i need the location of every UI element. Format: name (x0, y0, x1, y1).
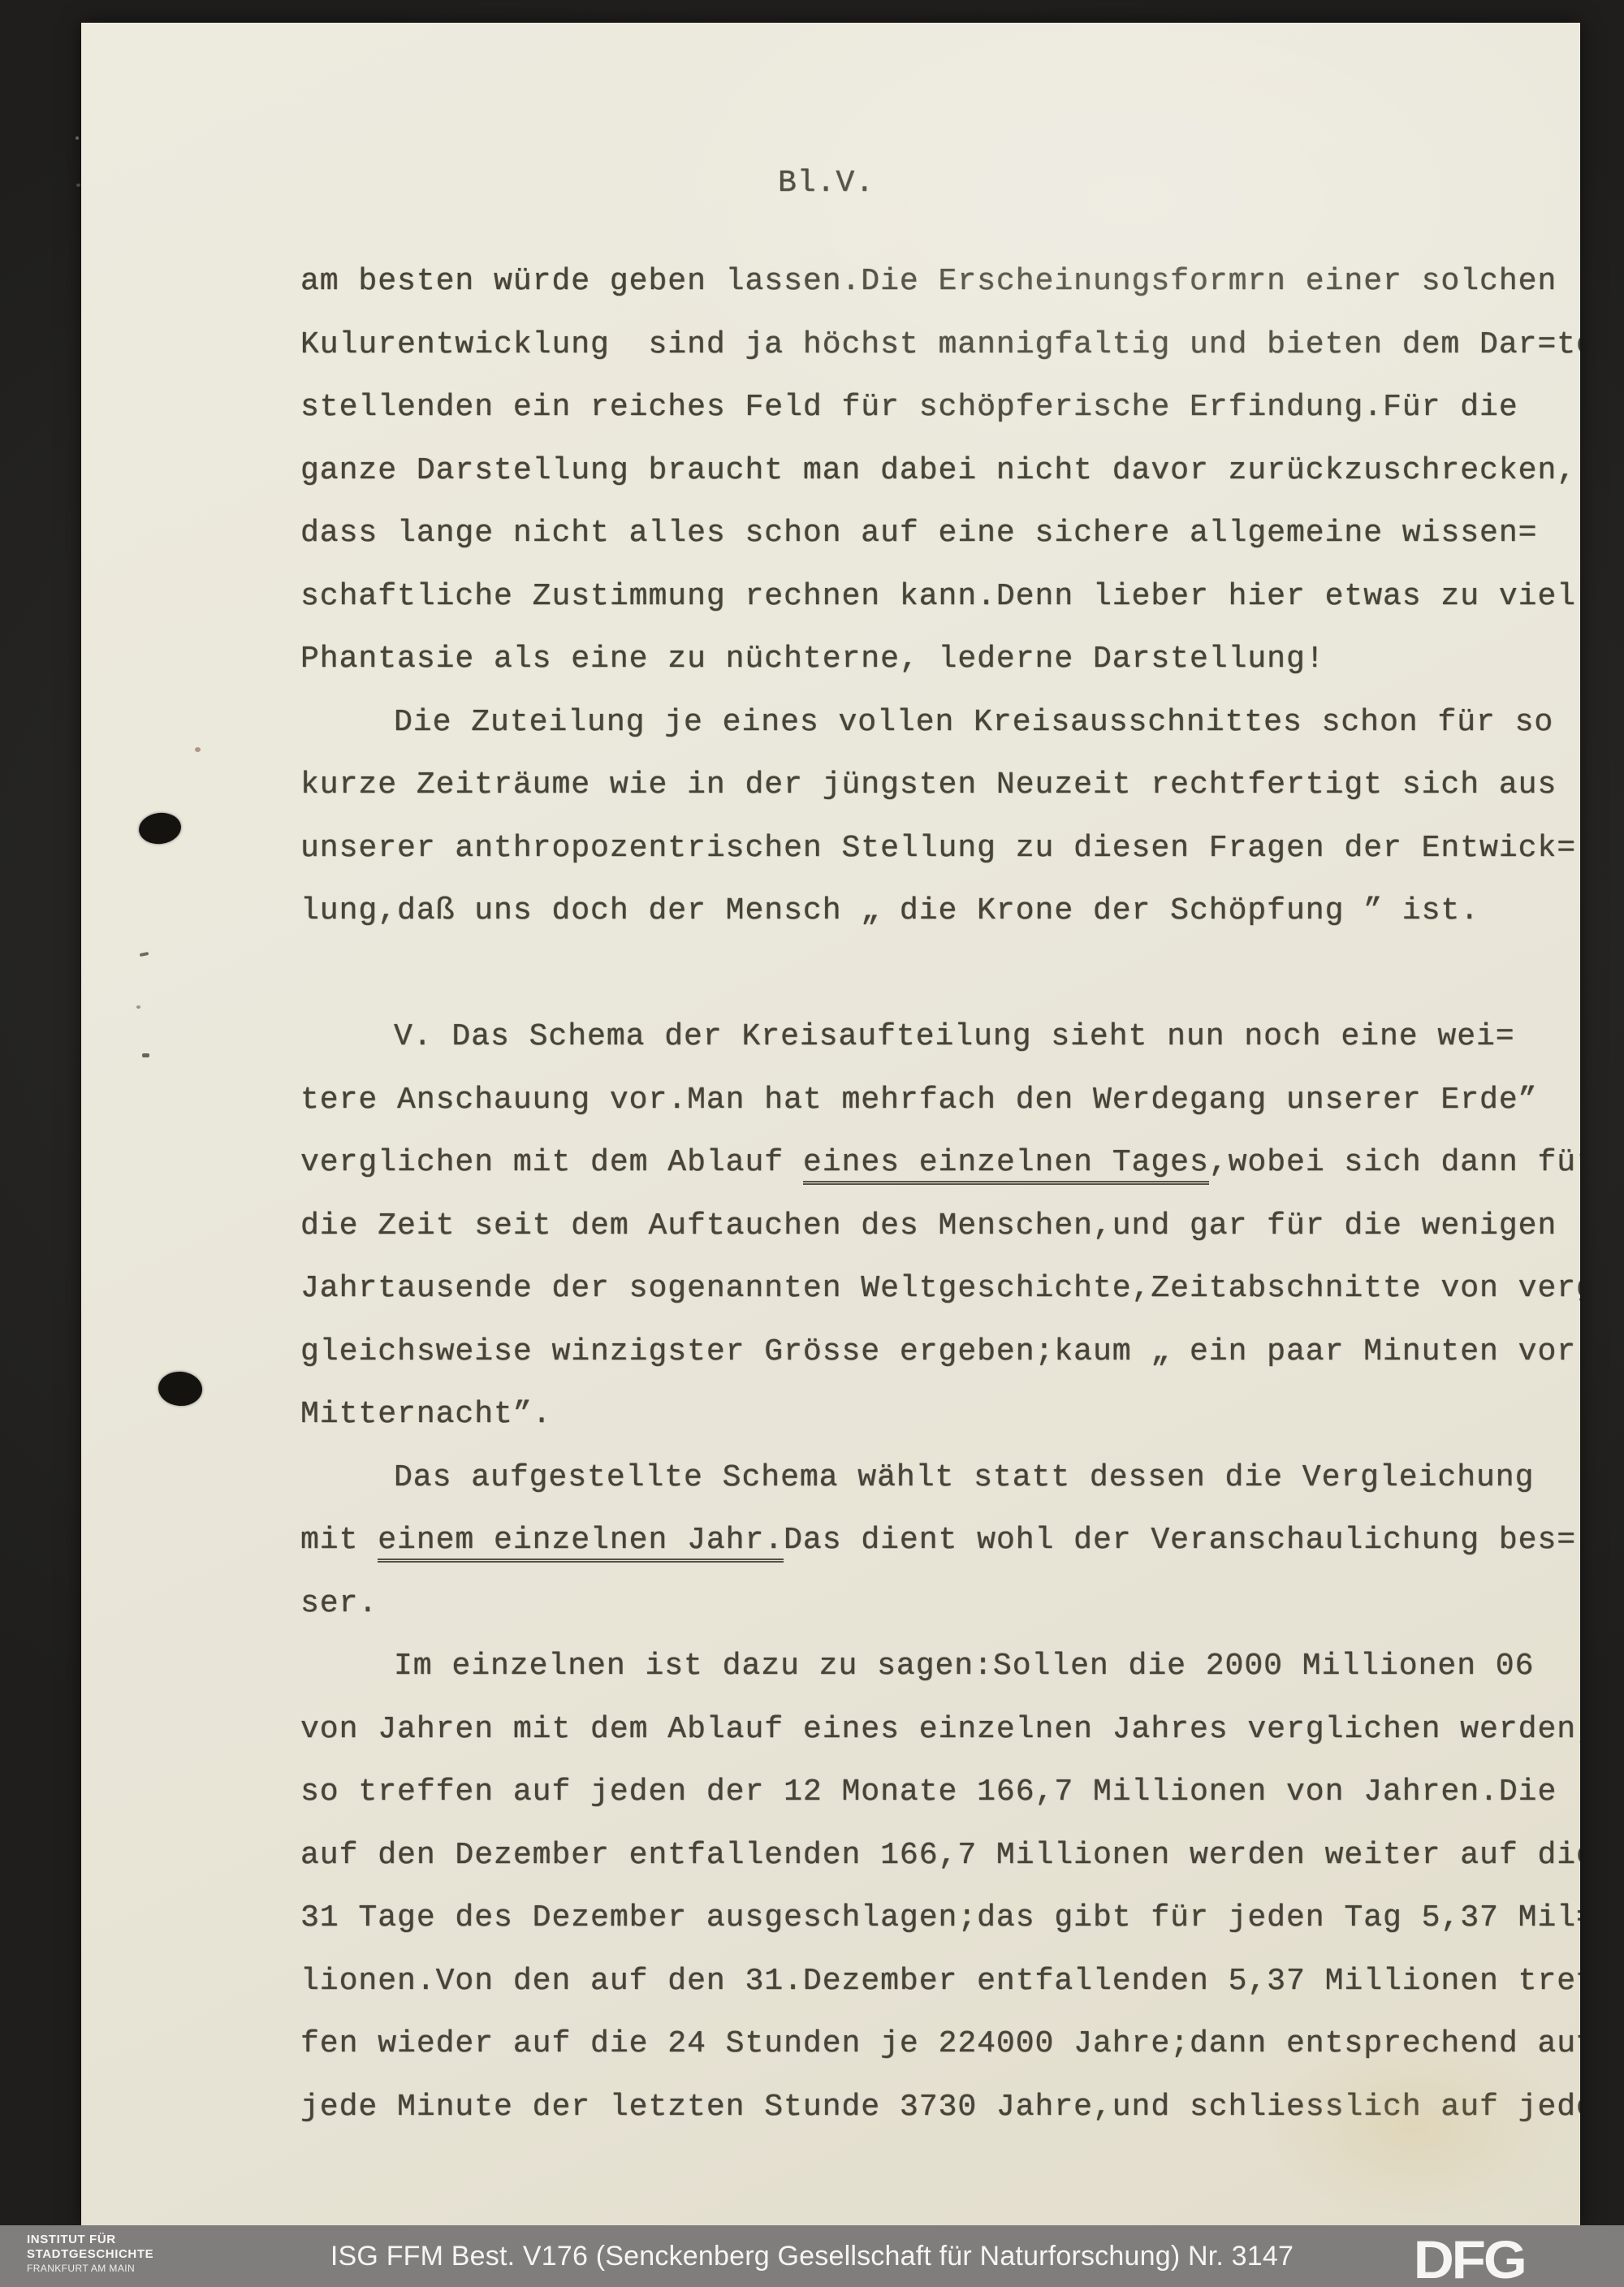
typed-line: Die Zuteilung je eines vollen Kreisaussc… (81, 691, 1580, 754)
typed-line: unserer anthropozentrischen Stellung zu … (81, 817, 1580, 880)
typed-text: lung,daß uns doch der Mensch „ die Krone… (300, 893, 1479, 928)
typed-text: Das aufgestellte Schema wählt statt dess… (394, 1460, 1534, 1495)
typed-line: 31 Tage des Dezember ausgeschlagen;das g… (81, 1887, 1580, 1950)
typed-text: Im einzelnen ist dazu zu sagen:Sollen di… (394, 1649, 1534, 1684)
typed-line: jede Minute der letzten Stunde 3730 Jahr… (81, 2076, 1580, 2139)
typed-text: Phantasie als eine zu nüchterne, lederne… (300, 642, 1325, 677)
underlined-text: eines einzelnen Tages (803, 1145, 1209, 1185)
typed-line: auf den Dezember entfallenden 166,7 Mill… (81, 1824, 1580, 1887)
typed-text: 31 Tage des Dezember ausgeschlagen;das g… (300, 1900, 1580, 1935)
typed-text: die Zeit seit dem Auftauchen des Mensche… (300, 1208, 1557, 1243)
underlined-text: einem einzelnen Jahr. (378, 1523, 784, 1563)
paper-speck (195, 747, 201, 752)
typed-text: auf den Dezember entfallenden 166,7 Mill… (300, 1838, 1580, 1873)
typed-text: stellenden ein reiches Feld für schöpfer… (300, 390, 1518, 425)
typed-line: kurze Zeiträume wie in der jüngsten Neuz… (81, 754, 1580, 817)
typed-line: Phantasie als eine zu nüchterne, lederne… (81, 628, 1580, 691)
typed-text: jede Minute der letzten Stunde 3730 Jahr… (300, 2090, 1580, 2125)
typed-text: unserer anthropozentrischen Stellung zu … (300, 831, 1576, 866)
typed-line: die Zeit seit dem Auftauchen des Mensche… (81, 1195, 1580, 1258)
typed-line: Im einzelnen ist dazu zu sagen:Sollen di… (81, 1635, 1580, 1698)
typed-line: ganze Darstellung braucht man dabei nich… (81, 439, 1580, 503)
typed-line: gleichsweise winzigster Grösse ergeben;k… (81, 1321, 1580, 1384)
typed-text: fen wieder auf die 24 Stunden je 224000 … (300, 2026, 1580, 2061)
typed-text: Jahrtausende der sogenannten Weltgeschic… (300, 1271, 1580, 1306)
typed-line: am besten würde geben lassen.Die Erschei… (81, 250, 1580, 313)
typed-line: fen wieder auf die 24 Stunden je 224000 … (81, 2012, 1580, 2076)
typed-line: so treffen auf jeden der 12 Monate 166,7… (81, 1761, 1580, 1824)
typed-text: schaftliche Zustimmung rechnen kann.Denn… (300, 579, 1576, 614)
typed-line: tere Anschauung vor.Man hat mehrfach den… (81, 1069, 1580, 1132)
typed-line: lionen.Von den auf den 31.Dezember entfa… (81, 1950, 1580, 2013)
paper-speck (142, 1053, 149, 1057)
typed-line: V. Das Schema der Kreisaufteilung sieht … (81, 1005, 1580, 1069)
typed-line: Jahrtausende der sogenannten Weltgeschic… (81, 1257, 1580, 1321)
typed-line: Das aufgestellte Schema wählt statt dess… (81, 1446, 1580, 1510)
typed-text: V. Das Schema der Kreisaufteilung sieht … (394, 1019, 1515, 1054)
typed-line: verglichen mit dem Ablauf eines einzelne… (81, 1131, 1580, 1195)
typed-text: lionen.Von den auf den 31.Dezember entfa… (300, 1964, 1580, 1999)
dfg-logo: DFG (1413, 2229, 1524, 2287)
sheet-label: Bl.V. (778, 166, 875, 201)
document-page: Bl.V. am besten würde geben lassen.Die E… (81, 23, 1580, 2225)
typed-text: ,wobei sich dann für (1209, 1145, 1580, 1180)
typed-line: stellenden ein reiches Feld für schöpfer… (81, 376, 1580, 439)
typed-text: ganze Darstellung braucht man dabei nich… (300, 453, 1576, 488)
typed-line: dass lange nicht alles schon auf eine si… (81, 502, 1580, 565)
typed-line (81, 943, 1580, 1006)
typed-line: Kulurentwicklung sind ja höchst mannigfa… (81, 313, 1580, 377)
typed-text: Die Zuteilung je eines vollen Kreisaussc… (394, 705, 1553, 740)
paper-speck (136, 1005, 140, 1009)
dust-speck (76, 136, 79, 140)
typed-line: schaftliche Zustimmung rechnen kann.Denn… (81, 565, 1580, 629)
typed-line: mit einem einzelnen Jahr.Das dient wohl … (81, 1509, 1580, 1572)
typed-text: Kulurentwicklung sind ja höchst mannigfa… (300, 327, 1580, 362)
typed-text: von Jahren mit dem Ablauf eines einzelne… (300, 1712, 1580, 1747)
typed-line: Mitternacht”. (81, 1383, 1580, 1446)
typed-text: mit (300, 1523, 378, 1558)
archive-reference: ISG FFM Best. V176 (Senckenberg Gesellsc… (0, 2225, 1624, 2287)
typed-text: so treffen auf jeden der 12 Monate 166,7… (300, 1775, 1557, 1809)
typed-line: ser. (81, 1572, 1580, 1636)
typed-text: gleichsweise winzigster Grösse ergeben;k… (300, 1334, 1576, 1369)
typed-text: dass lange nicht alles schon auf eine si… (300, 516, 1537, 551)
typed-line: von Jahren mit dem Ablauf eines einzelne… (81, 1698, 1580, 1762)
typed-text: ser. (300, 1586, 378, 1621)
typed-text-block: am besten würde geben lassen.Die Erschei… (81, 250, 1580, 2138)
typed-text: am besten würde geben lassen.Die Erschei… (300, 264, 1557, 299)
typed-line: lung,daß uns doch der Mensch „ die Krone… (81, 880, 1580, 943)
archive-footer-bar: INSTITUT FÜR STADTGESCHICHTE FRANKFURT A… (0, 2225, 1624, 2287)
typed-text: Das dient wohl der Veranschaulichung bes… (784, 1523, 1576, 1558)
typed-text: tere Anschauung vor.Man hat mehrfach den… (300, 1083, 1537, 1118)
dust-speck (76, 184, 80, 187)
typed-text: Mitternacht”. (300, 1397, 551, 1432)
typed-text: kurze Zeiträume wie in der jüngsten Neuz… (300, 767, 1557, 802)
typed-text: verglichen mit dem Ablauf (300, 1145, 803, 1180)
